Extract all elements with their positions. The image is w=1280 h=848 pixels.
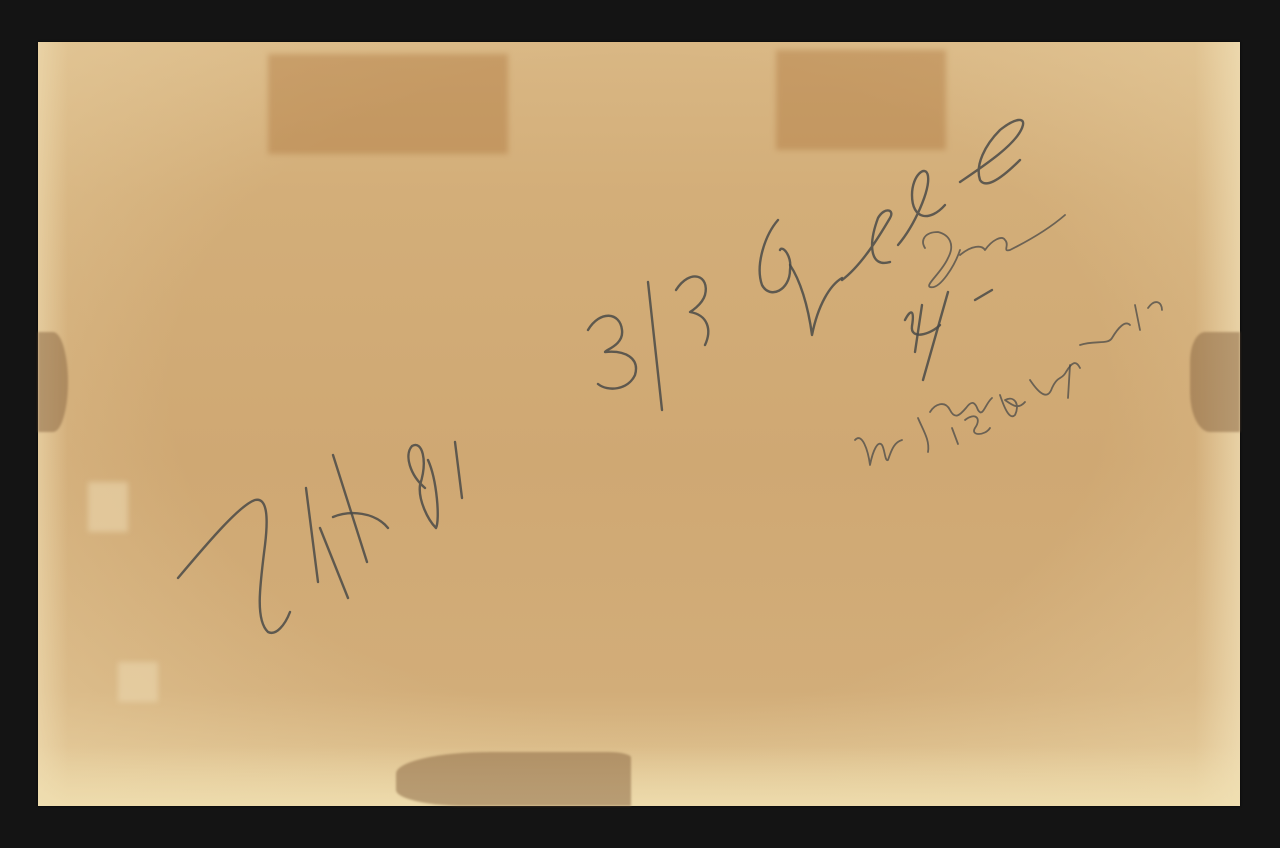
tear-mark-left-upper [88, 482, 128, 532]
stain-left-edge [38, 332, 68, 432]
paper-edge-bottom [38, 746, 1240, 806]
paper-card [38, 42, 1240, 806]
stain-right-edge [1190, 332, 1240, 432]
tape-stain-top-right [776, 50, 946, 150]
tear-mark-left-lower [118, 662, 158, 702]
stain-bottom [396, 752, 631, 806]
tape-stain-top-left [268, 54, 508, 154]
